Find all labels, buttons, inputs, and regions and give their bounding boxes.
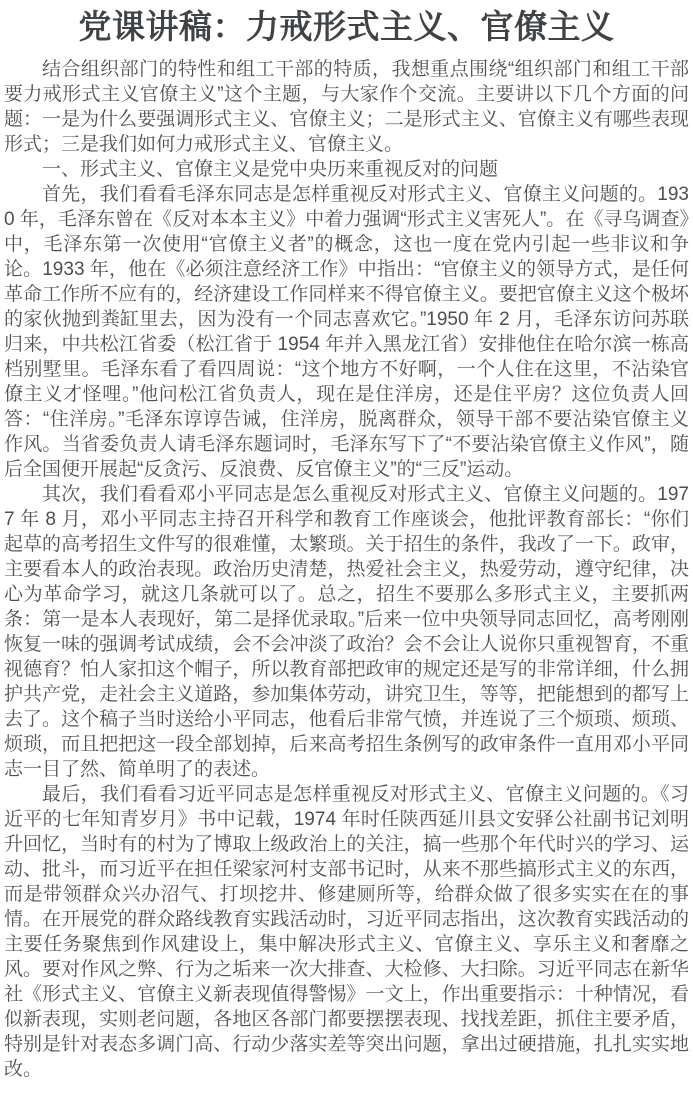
- lecture-document: 党课讲稿：力戒形式主义、官僚主义 结合组织部门的特性和组工干部的特质，我想重点围…: [0, 6, 693, 1082]
- paragraph-mao-zedong: 首先，我们看看毛泽东同志是怎样重视反对形式主义、官僚主义问题的。1930 年，毛…: [4, 182, 689, 482]
- section-heading-1: 一、形式主义、官僚主义是党中央历来重视反对的问题: [4, 157, 689, 182]
- paragraph-xi-jinping: 最后，我们看看习近平同志是怎样重视反对形式主义、官僚主义问题的。《习近平的七年知…: [4, 782, 689, 1082]
- paragraph-deng-xiaoping: 其次，我们看看邓小平同志是怎么重视反对形式主义、官僚主义问题的。1977 年 8…: [4, 482, 689, 782]
- intro-paragraph: 结合组织部门的特性和组工干部的特质，我想重点围绕“组织部门和组工干部要力戒形式主…: [4, 57, 689, 157]
- page-title: 党课讲稿：力戒形式主义、官僚主义: [4, 6, 689, 48]
